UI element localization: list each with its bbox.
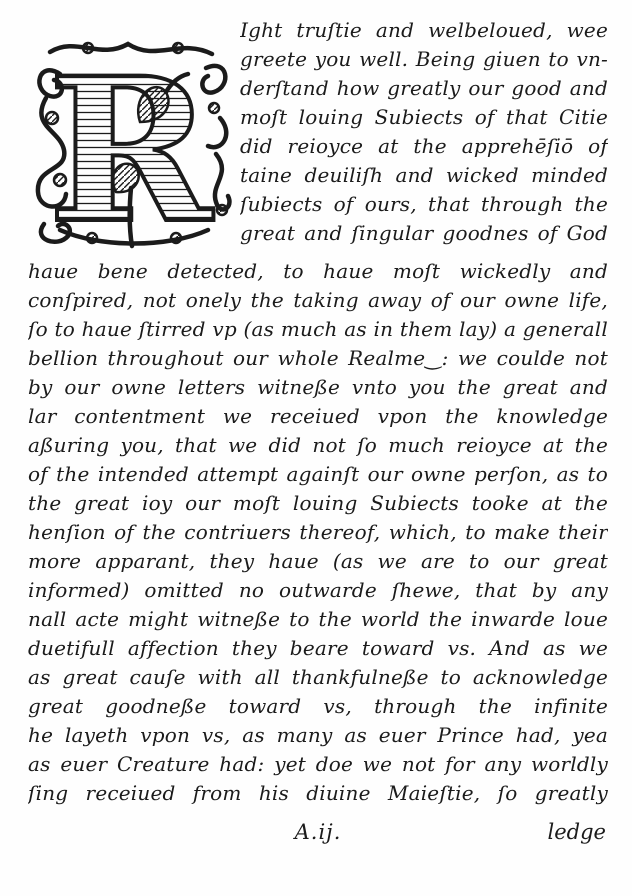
- text-line: as great cauſe with all thankfulneße to …: [28, 663, 608, 692]
- text-line: haue bene detected, to haue moſt wickedl…: [28, 257, 608, 286]
- text-line: Ight truſtie and welbeloued, wee: [240, 16, 608, 45]
- text-line: he layeth vpon vs, as many as euer Princ…: [28, 721, 608, 750]
- body-section: haue bene detected, to haue moſt wickedl…: [28, 257, 608, 808]
- text-line: derſtand how greatly our good and: [240, 74, 608, 103]
- text-line: moſt louing Subiects of that Citie: [240, 103, 608, 132]
- text-line: did reioyce at the apprehēſiō of cer-: [240, 132, 608, 161]
- drop-cap-ornament-icon: R: [28, 32, 236, 250]
- text-line: conſpired, not onely the taking away of …: [28, 286, 608, 315]
- text-line: aßuring you, that we did not ſo much rei…: [28, 431, 608, 460]
- text-line: ſing receiued from his diuine Maieſtie, …: [28, 779, 608, 808]
- text-line: bellion throughout our whole Realme‿: we…: [28, 344, 608, 373]
- text-line: ſo to haue ſtirred vp (as much as in the…: [28, 315, 608, 344]
- text-block: R Ight truſtie an: [28, 16, 608, 854]
- text-line: the great ioy our moſt louing Subiects t…: [28, 489, 608, 518]
- catchword: ledge: [548, 820, 606, 844]
- text-line: more apparant, they haue (as we are to o…: [28, 547, 608, 576]
- signature-mark: A.ij.: [28, 820, 608, 844]
- text-line: henſion of the contriuers thereof, which…: [28, 518, 608, 547]
- opening-section: R Ight truſtie an: [28, 16, 608, 254]
- text-line: as euer Creature had: yet doe we not for…: [28, 750, 608, 779]
- book-page: R Ight truſtie an: [0, 0, 632, 896]
- text-line: ſubiects of ours, that through the: [240, 190, 608, 219]
- woodcut-initial-R: R: [28, 32, 236, 254]
- text-line: taine deuiliſh and wicked minded: [240, 161, 608, 190]
- opening-lines: Ight truſtie and welbeloued, wee greete …: [236, 16, 608, 248]
- text-line: lar contentment we receiued vpon the kno…: [28, 402, 608, 431]
- text-line: great goodneße toward vs, through the in…: [28, 692, 608, 721]
- drop-cap-letter: R: [48, 34, 214, 250]
- text-line: informed) omitted no outwarde ſhewe, tha…: [28, 576, 608, 605]
- text-line: great and ſingular goodnes of God: [240, 219, 608, 248]
- text-line: nall acte might witneße to the world the…: [28, 605, 608, 634]
- text-line: duetifull affection they beare toward vs…: [28, 634, 608, 663]
- page-footer: A.ij. ledge: [28, 820, 608, 854]
- text-line: greete you well. Being giuen to vn-: [240, 45, 608, 74]
- text-line: by our owne letters witneße vnto you the…: [28, 373, 608, 402]
- text-line: of the intended attempt againſt our owne…: [28, 460, 608, 489]
